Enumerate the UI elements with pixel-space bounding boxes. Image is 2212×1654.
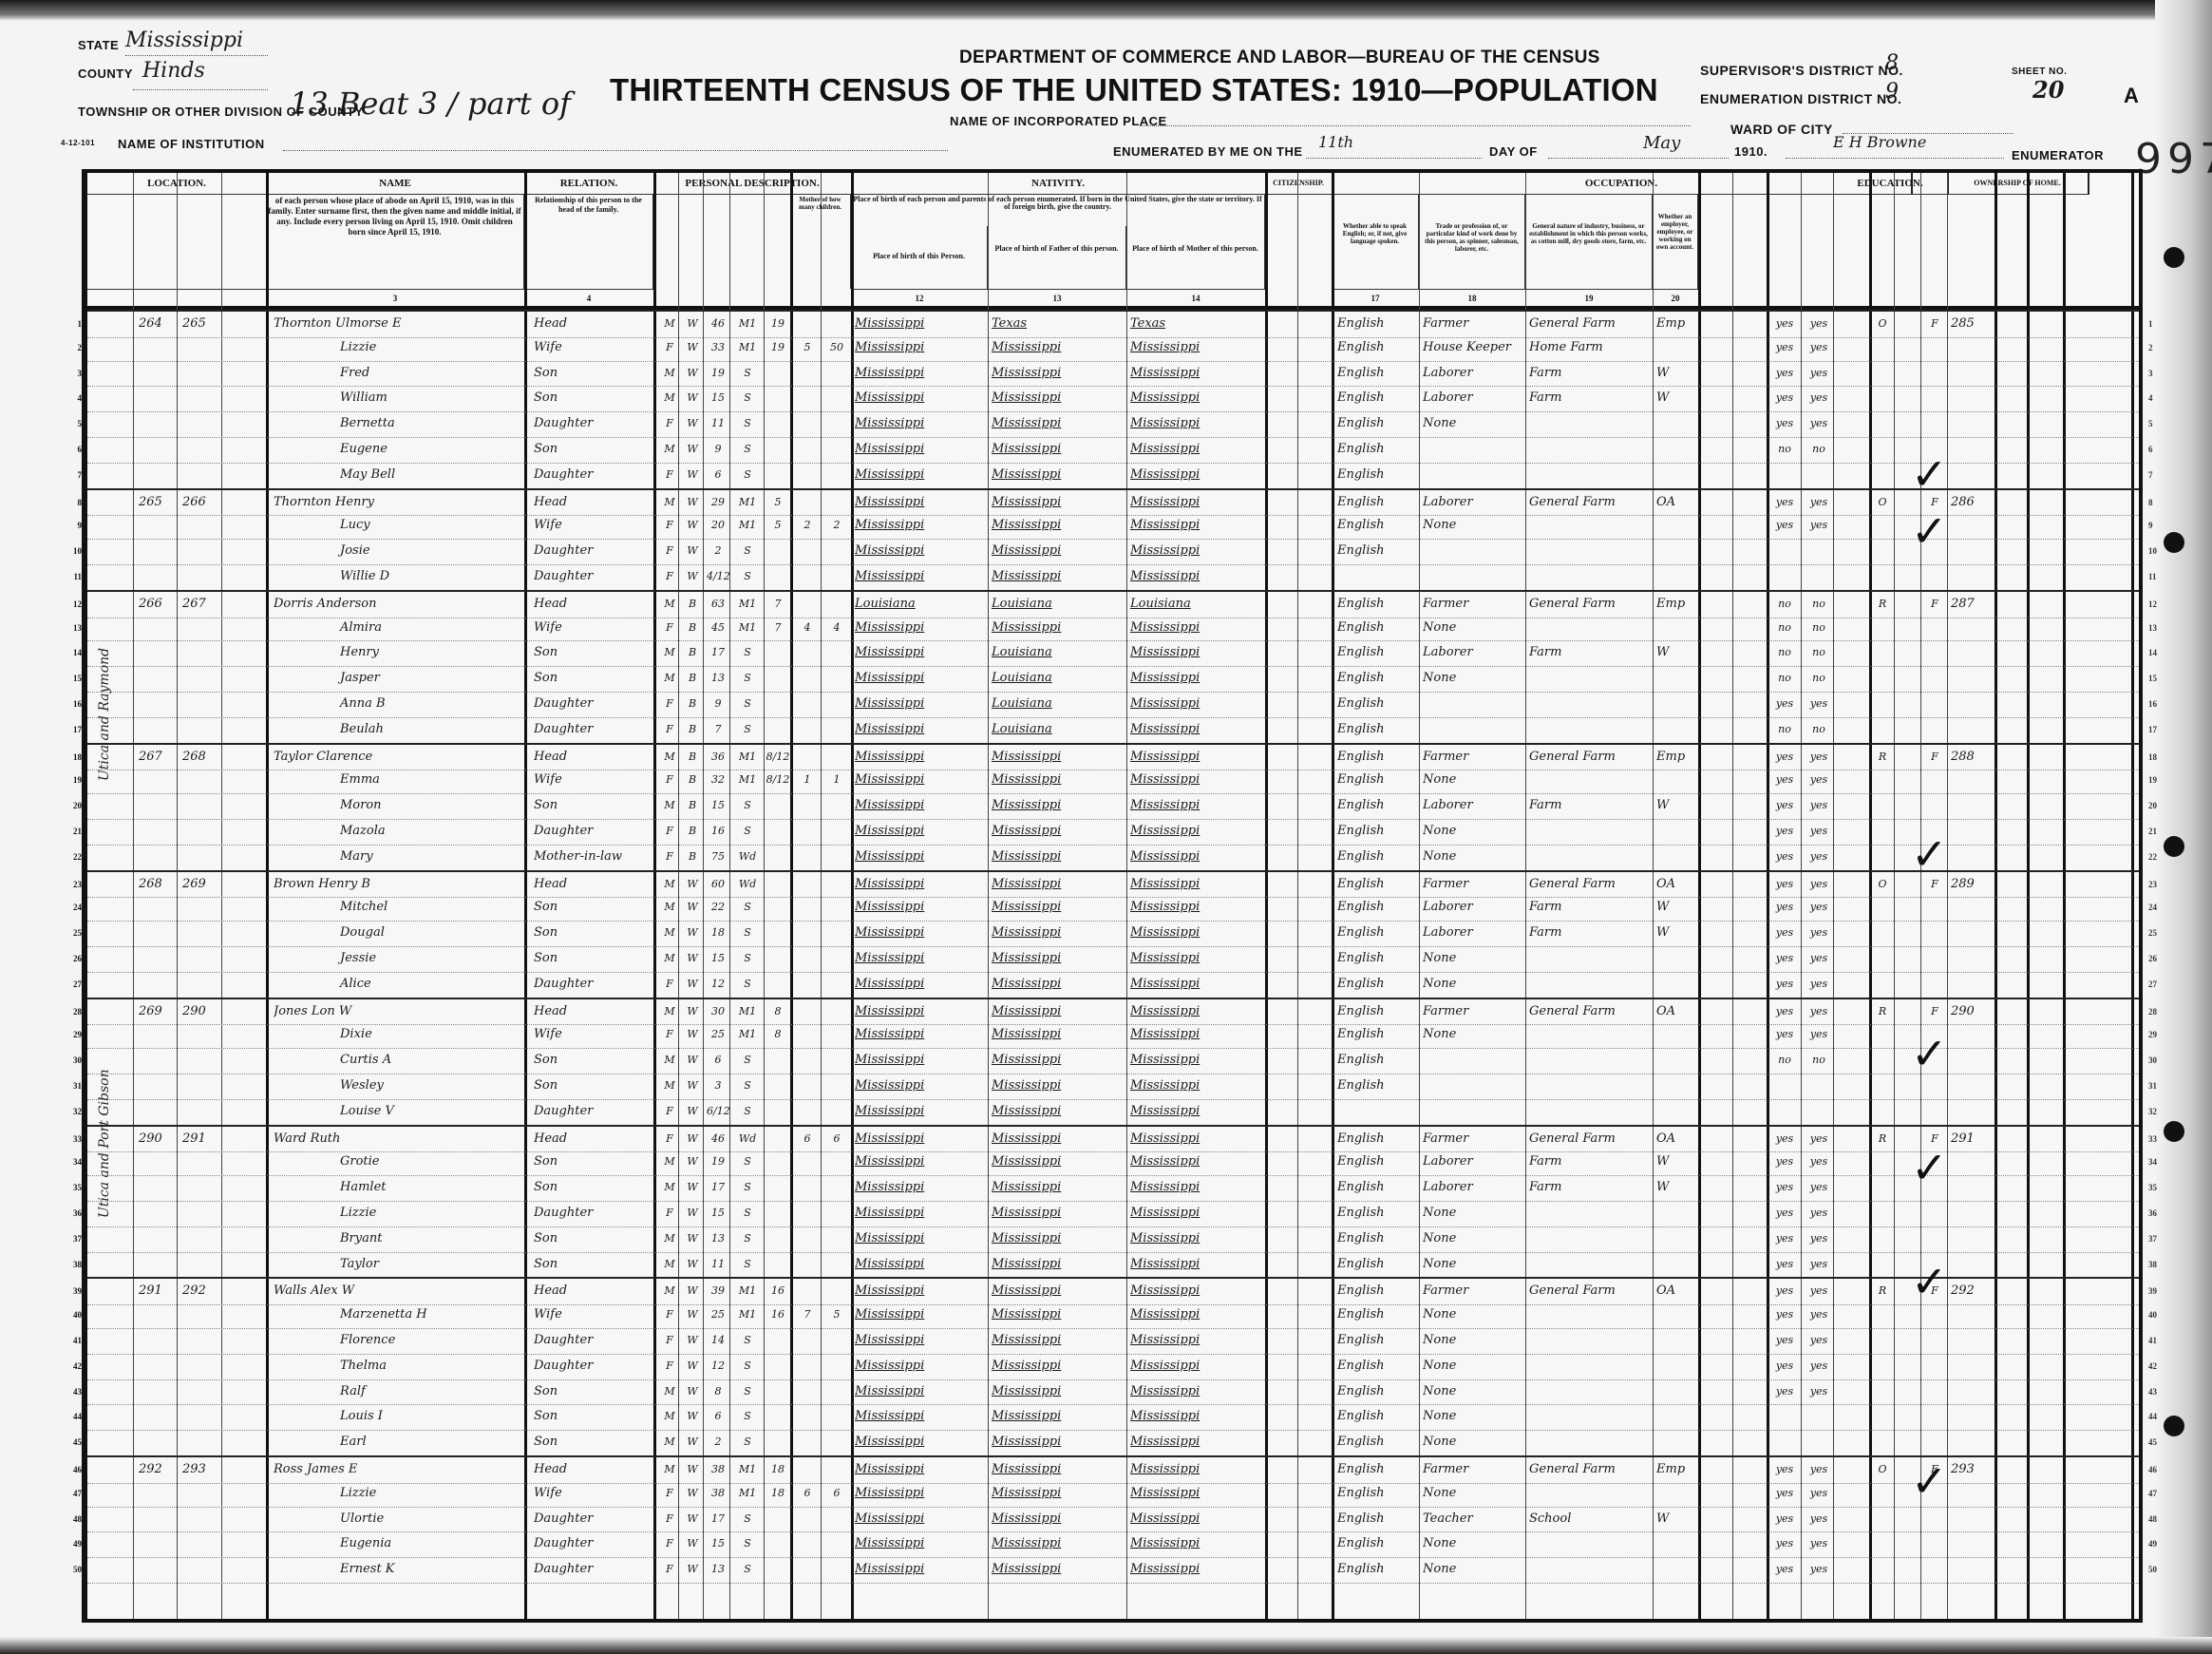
table-row: 2020MoronSonMB15SMississippiMississippiM… bbox=[87, 793, 2139, 820]
can-read bbox=[1770, 1099, 1799, 1125]
can-write: yes bbox=[1805, 999, 1833, 1025]
farm-or-house: F bbox=[1924, 745, 1945, 770]
table-row: 4646292293Ross James EHeadMW38M118Missis… bbox=[87, 1455, 2139, 1484]
english-speaking: English bbox=[1337, 793, 1417, 819]
farm-or-house: F bbox=[1924, 312, 1945, 337]
sex: F bbox=[661, 1531, 678, 1557]
family-number bbox=[182, 1430, 220, 1455]
line-number-right: 11 bbox=[2148, 564, 2167, 589]
person-name: Dorris Anderson bbox=[274, 592, 522, 618]
table-row: 3939291292Walls Alex WHeadMW39M116Missis… bbox=[87, 1277, 2139, 1305]
line-number-right: 21 bbox=[2148, 819, 2167, 844]
column-number-14: 14 bbox=[1126, 289, 1266, 307]
relation: Son bbox=[534, 1404, 652, 1430]
table-row: 2626JessieSonMW15SMississippiMississippi… bbox=[87, 946, 2139, 973]
group-nativity: NATIVITY. bbox=[851, 173, 1267, 195]
race: B bbox=[684, 845, 701, 870]
english-speaking: English bbox=[1337, 1252, 1417, 1278]
years-married bbox=[766, 793, 790, 819]
line-number: 18 bbox=[61, 745, 82, 770]
employer-status bbox=[1656, 768, 1696, 793]
day-field-line bbox=[1306, 158, 1482, 159]
family-number bbox=[182, 1379, 220, 1405]
race: W bbox=[684, 1328, 701, 1354]
can-read: no bbox=[1770, 717, 1799, 743]
father-birthplace: Louisiana bbox=[992, 640, 1125, 666]
table-row: 1919EmmaWifeFB32M18/1211MississippiMissi… bbox=[87, 768, 2139, 794]
can-write bbox=[1805, 1404, 1833, 1430]
check-mark: ✓ bbox=[1911, 1256, 1948, 1307]
age: 16 bbox=[707, 819, 729, 845]
children-living bbox=[824, 1557, 849, 1583]
employer-status: Emp bbox=[1656, 592, 1696, 618]
relation: Head bbox=[534, 872, 652, 898]
age: 13 bbox=[707, 666, 729, 692]
can-write bbox=[1805, 564, 1833, 590]
line-number: 39 bbox=[61, 1279, 82, 1303]
race: W bbox=[684, 1354, 701, 1379]
children-born bbox=[796, 1507, 819, 1532]
line-number: 17 bbox=[61, 717, 82, 742]
table-row: 3434GrotieSonMW19SMississippiMississippi… bbox=[87, 1150, 2139, 1176]
supervisor-district-label: SUPERVISOR'S DISTRICT NO. bbox=[1700, 63, 1903, 78]
years-married bbox=[766, 1175, 790, 1201]
english-speaking: English bbox=[1337, 1048, 1417, 1074]
owned-rented bbox=[1873, 335, 1892, 361]
mother-birthplace: Mississippi bbox=[1130, 513, 1263, 539]
enumerator-label: ENUMERATOR bbox=[2012, 148, 2104, 162]
birthplace: Mississippi bbox=[855, 513, 986, 539]
race: W bbox=[684, 386, 701, 411]
can-read: yes bbox=[1770, 1531, 1799, 1557]
can-read: yes bbox=[1770, 1022, 1799, 1048]
employer-status bbox=[1656, 1226, 1696, 1252]
check-mark: ✓ bbox=[1911, 1455, 1948, 1507]
line-number: 1 bbox=[61, 312, 82, 336]
column-number-1-2 bbox=[87, 289, 268, 307]
father-birthplace: Mississippi bbox=[992, 1150, 1125, 1175]
farm-schedule-number: 287 bbox=[1951, 592, 1993, 618]
children-born bbox=[796, 1457, 819, 1483]
dwelling-number bbox=[139, 1404, 177, 1430]
father-birthplace: Mississippi bbox=[992, 895, 1125, 921]
can-read: yes bbox=[1770, 335, 1799, 361]
can-write: yes bbox=[1805, 335, 1833, 361]
can-read: no bbox=[1770, 437, 1799, 463]
family-number bbox=[182, 946, 220, 972]
birthplace: Mississippi bbox=[855, 463, 986, 488]
children-living: 4 bbox=[824, 616, 849, 641]
years-married bbox=[766, 972, 790, 998]
industry: General Farm bbox=[1529, 1457, 1651, 1483]
employer-column-head: Whether an employer, employee, or workin… bbox=[1653, 194, 1698, 289]
birthplace: Mississippi bbox=[855, 999, 986, 1025]
employer-status bbox=[1656, 1481, 1696, 1507]
children-born bbox=[796, 361, 819, 387]
can-read bbox=[1770, 564, 1799, 590]
years-married bbox=[766, 1354, 790, 1379]
can-read bbox=[1770, 1074, 1799, 1099]
relation: Head bbox=[534, 1127, 652, 1152]
marital-status: S bbox=[733, 1074, 762, 1099]
sex: F bbox=[661, 845, 678, 870]
english-speaking: English bbox=[1337, 845, 1417, 870]
race: W bbox=[684, 1557, 701, 1583]
children-living bbox=[824, 1074, 849, 1099]
marital-status: S bbox=[733, 1531, 762, 1557]
english-speaking bbox=[1337, 564, 1417, 590]
group-citizenship: CITIZENSHIP. bbox=[1265, 173, 1333, 195]
relation: Daughter bbox=[534, 1557, 652, 1583]
county-label: COUNTY bbox=[78, 67, 133, 81]
can-read: yes bbox=[1770, 1175, 1799, 1201]
race: W bbox=[684, 1201, 701, 1226]
table-row: 2121MazolaDaughterFB16SMississippiMissis… bbox=[87, 819, 2139, 846]
line-number: 31 bbox=[61, 1074, 82, 1098]
employer-status bbox=[1656, 1074, 1696, 1099]
age: 46 bbox=[707, 312, 729, 337]
trade: None bbox=[1423, 845, 1523, 870]
farm-schedule-number bbox=[1951, 1430, 1993, 1455]
birthplace: Mississippi bbox=[855, 1252, 986, 1278]
dwelling-number bbox=[139, 1302, 177, 1328]
family-number: 266 bbox=[182, 490, 220, 516]
line-number: 38 bbox=[61, 1252, 82, 1277]
form-code: 4-12-101 bbox=[61, 139, 95, 147]
family-number: 293 bbox=[182, 1457, 220, 1483]
age: 60 bbox=[707, 872, 729, 898]
trade: None bbox=[1423, 666, 1523, 692]
race: W bbox=[684, 564, 701, 590]
trade: Laborer bbox=[1423, 361, 1523, 387]
mother-birthplace: Mississippi bbox=[1130, 1022, 1263, 1048]
farm-or-house bbox=[1924, 768, 1945, 793]
employer-status bbox=[1656, 946, 1696, 972]
mother-birthplace: Mississippi bbox=[1130, 490, 1263, 516]
employer-status: OA bbox=[1656, 872, 1696, 898]
owned-rented bbox=[1873, 1302, 1892, 1328]
incorporated-place-label: NAME OF INCORPORATED PLACE bbox=[950, 114, 1167, 128]
can-write: yes bbox=[1805, 1175, 1833, 1201]
line-number: 32 bbox=[61, 1099, 82, 1124]
dwelling-number bbox=[139, 616, 177, 641]
sex: F bbox=[661, 513, 678, 539]
table-row: 2323268269Brown Henry BHeadMW60WdMississ… bbox=[87, 870, 2139, 899]
can-write: no bbox=[1805, 1048, 1833, 1074]
age: 19 bbox=[707, 361, 729, 387]
age: 18 bbox=[707, 921, 729, 946]
race: W bbox=[684, 946, 701, 972]
line-number: 29 bbox=[61, 1022, 82, 1047]
marital-status: S bbox=[733, 437, 762, 463]
father-birthplace: Mississippi bbox=[992, 513, 1125, 539]
enumerated-day: 11th bbox=[1318, 133, 1353, 151]
family-number bbox=[182, 1252, 220, 1278]
children-born bbox=[796, 1279, 819, 1304]
age: 75 bbox=[707, 845, 729, 870]
owned-rented bbox=[1873, 411, 1892, 437]
marital-status: M1 bbox=[733, 1481, 762, 1507]
can-write: no bbox=[1805, 592, 1833, 618]
mother-birthplace: Louisiana bbox=[1130, 592, 1263, 618]
years-married bbox=[766, 1430, 790, 1455]
marital-status: S bbox=[733, 1201, 762, 1226]
employer-status bbox=[1656, 1404, 1696, 1430]
race: W bbox=[684, 1531, 701, 1557]
children-born bbox=[796, 1557, 819, 1583]
sex: M bbox=[661, 1048, 678, 1074]
children-living bbox=[824, 437, 849, 463]
dwelling-number: 292 bbox=[139, 1457, 177, 1483]
family-number bbox=[182, 692, 220, 717]
children-born bbox=[796, 972, 819, 998]
dwelling-number bbox=[139, 1354, 177, 1379]
relation: Daughter bbox=[534, 539, 652, 564]
trade: Farmer bbox=[1423, 312, 1523, 337]
father-birthplace: Mississippi bbox=[992, 1022, 1125, 1048]
table-row: 4141FlorenceDaughterFW14SMississippiMiss… bbox=[87, 1328, 2139, 1355]
farm-or-house bbox=[1924, 335, 1945, 361]
owned-rented: O bbox=[1873, 312, 1892, 337]
children-living bbox=[824, 312, 849, 337]
table-row: 4545EarlSonMW2SMississippiMississippiMis… bbox=[87, 1430, 2139, 1456]
farm-schedule-number bbox=[1951, 1175, 1993, 1201]
family-number bbox=[182, 768, 220, 793]
sex: M bbox=[661, 1074, 678, 1099]
can-read: yes bbox=[1770, 1150, 1799, 1175]
english-speaking: English bbox=[1337, 692, 1417, 717]
family-number bbox=[182, 1481, 220, 1507]
dwelling-number bbox=[139, 1531, 177, 1557]
line-number-right: 27 bbox=[2148, 972, 2167, 997]
line-number: 22 bbox=[61, 845, 82, 869]
marital-status: S bbox=[733, 1328, 762, 1354]
age: 38 bbox=[707, 1481, 729, 1507]
sex: M bbox=[661, 1279, 678, 1304]
children-living bbox=[824, 1328, 849, 1354]
age: 9 bbox=[707, 692, 729, 717]
father-birthplace: Mississippi bbox=[992, 768, 1125, 793]
race: W bbox=[684, 1226, 701, 1252]
line-number: 4 bbox=[61, 386, 82, 410]
years-married bbox=[766, 1099, 790, 1125]
employer-status bbox=[1656, 437, 1696, 463]
marital-status: S bbox=[733, 666, 762, 692]
column-number-17: 17 bbox=[1332, 289, 1420, 307]
children-living bbox=[824, 1507, 849, 1532]
marital-status: S bbox=[733, 411, 762, 437]
dwelling-number bbox=[139, 1507, 177, 1532]
family-number: 267 bbox=[182, 592, 220, 618]
children-living bbox=[824, 872, 849, 898]
can-write bbox=[1805, 1430, 1833, 1455]
father-birthplace: Louisiana bbox=[992, 692, 1125, 717]
owned-rented bbox=[1873, 1430, 1892, 1455]
enumeration-district-label: ENUMERATION DISTRICT NO. bbox=[1700, 91, 1901, 106]
line-number-right: 16 bbox=[2148, 692, 2167, 716]
english-speaking: English bbox=[1337, 745, 1417, 770]
industry bbox=[1529, 972, 1651, 998]
farm-or-house bbox=[1924, 1099, 1945, 1125]
check-mark: ✓ bbox=[1911, 1028, 1948, 1079]
can-write bbox=[1805, 1074, 1833, 1099]
family-number bbox=[182, 793, 220, 819]
race: W bbox=[684, 999, 701, 1025]
sex: M bbox=[661, 745, 678, 770]
english-speaking: English bbox=[1337, 1507, 1417, 1532]
farm-schedule-number bbox=[1951, 1507, 1993, 1532]
age: 17 bbox=[707, 1507, 729, 1532]
race: W bbox=[684, 463, 701, 488]
can-read: no bbox=[1770, 1048, 1799, 1074]
age: 6 bbox=[707, 1404, 729, 1430]
birthplace: Mississippi bbox=[855, 411, 986, 437]
father-birthplace: Mississippi bbox=[992, 1354, 1125, 1379]
can-write: yes bbox=[1805, 768, 1833, 793]
mother-birthplace: Mississippi bbox=[1130, 1354, 1263, 1379]
line-number-right: 45 bbox=[2148, 1430, 2167, 1454]
industry bbox=[1529, 1404, 1651, 1430]
age: 2 bbox=[707, 539, 729, 564]
column-number-12: 12 bbox=[851, 289, 989, 307]
father-birthplace: Mississippi bbox=[992, 490, 1125, 516]
children-born bbox=[796, 1531, 819, 1557]
sheet-suffix: A bbox=[2124, 84, 2139, 108]
father-birthplace: Mississippi bbox=[992, 539, 1125, 564]
marital-status: S bbox=[733, 361, 762, 387]
farm-schedule-number bbox=[1951, 1354, 1993, 1379]
line-number-right: 30 bbox=[2148, 1048, 2167, 1073]
marital-status: S bbox=[733, 1404, 762, 1430]
children-living bbox=[824, 745, 849, 770]
age: 63 bbox=[707, 592, 729, 618]
sex: F bbox=[661, 1022, 678, 1048]
owned-rented bbox=[1873, 463, 1892, 488]
farm-schedule-number bbox=[1951, 564, 1993, 590]
mother-birthplace: Mississippi bbox=[1130, 1279, 1263, 1304]
birthplace: Mississippi bbox=[855, 1048, 986, 1074]
can-read: yes bbox=[1770, 845, 1799, 870]
mother-birthplace: Mississippi bbox=[1130, 1201, 1263, 1226]
table-row: 88265266Thornton HenryHeadMW29M15Mississ… bbox=[87, 488, 2139, 517]
can-write: yes bbox=[1805, 895, 1833, 921]
children-born bbox=[796, 437, 819, 463]
sex: M bbox=[661, 895, 678, 921]
marital-status: S bbox=[733, 1354, 762, 1379]
birthplace: Mississippi bbox=[855, 793, 986, 819]
marital-status: M1 bbox=[733, 1022, 762, 1048]
age: 25 bbox=[707, 1302, 729, 1328]
owned-rented bbox=[1873, 616, 1892, 641]
can-write: yes bbox=[1805, 972, 1833, 998]
race: W bbox=[684, 1150, 701, 1175]
race: W bbox=[684, 1379, 701, 1405]
trade bbox=[1423, 564, 1523, 590]
line-number: 6 bbox=[61, 437, 82, 462]
table-row: 1717BeulahDaughterFB7SMississippiLouisia… bbox=[87, 717, 2139, 744]
industry bbox=[1529, 1302, 1651, 1328]
farm-or-house bbox=[1924, 895, 1945, 921]
owned-rented: R bbox=[1873, 999, 1892, 1025]
farm-schedule-number bbox=[1951, 1302, 1993, 1328]
children-born bbox=[796, 946, 819, 972]
trade: Laborer bbox=[1423, 386, 1523, 411]
table-row: 3838TaylorSonMW11SMississippiMississippi… bbox=[87, 1252, 2139, 1279]
race: W bbox=[684, 411, 701, 437]
employer-status bbox=[1656, 717, 1696, 743]
children-born bbox=[796, 1048, 819, 1074]
farm-schedule-number bbox=[1951, 1404, 1993, 1430]
children-living bbox=[824, 1226, 849, 1252]
dwelling-number: 269 bbox=[139, 999, 177, 1025]
marital-status: S bbox=[733, 921, 762, 946]
line-number-right: 25 bbox=[2148, 921, 2167, 945]
sex: F bbox=[661, 768, 678, 793]
english-speaking: English bbox=[1337, 768, 1417, 793]
trade: Farmer bbox=[1423, 592, 1523, 618]
trade: Farmer bbox=[1423, 1457, 1523, 1483]
english-speaking: English bbox=[1337, 411, 1417, 437]
line-number-right: 3 bbox=[2148, 361, 2167, 386]
trade bbox=[1423, 1099, 1523, 1125]
employer-status: W bbox=[1656, 921, 1696, 946]
age: 19 bbox=[707, 1150, 729, 1175]
dwelling-number bbox=[139, 717, 177, 743]
line-number-right: 2 bbox=[2148, 335, 2167, 360]
line-number: 27 bbox=[61, 972, 82, 997]
owned-rented bbox=[1873, 640, 1892, 666]
family-number: 291 bbox=[182, 1127, 220, 1152]
industry: General Farm bbox=[1529, 312, 1651, 337]
line-number: 46 bbox=[61, 1457, 82, 1482]
relation: Son bbox=[534, 793, 652, 819]
children-born bbox=[796, 895, 819, 921]
can-write: yes bbox=[1805, 793, 1833, 819]
trade: Laborer bbox=[1423, 640, 1523, 666]
children-living: 50 bbox=[824, 335, 849, 361]
scan-top-edge bbox=[0, 0, 2212, 21]
mother-birthplace: Mississippi bbox=[1130, 437, 1263, 463]
english-speaking: English bbox=[1337, 1226, 1417, 1252]
can-read bbox=[1770, 463, 1799, 488]
farm-schedule-number bbox=[1951, 717, 1993, 743]
relation: Mother-in-law bbox=[534, 845, 652, 870]
incorporated-field-line bbox=[1140, 125, 1691, 126]
family-number bbox=[182, 666, 220, 692]
sheet-value: 20 bbox=[2032, 76, 2064, 104]
owned-rented bbox=[1873, 1507, 1892, 1532]
birthplace: Mississippi bbox=[855, 1531, 986, 1557]
can-write: no bbox=[1805, 640, 1833, 666]
farm-schedule-number: 293 bbox=[1951, 1457, 1993, 1483]
father-birthplace: Mississippi bbox=[992, 411, 1125, 437]
relation: Son bbox=[534, 666, 652, 692]
family-number bbox=[182, 921, 220, 946]
birthplace: Mississippi bbox=[855, 666, 986, 692]
relation: Wife bbox=[534, 1302, 652, 1328]
table-row: 4949EugeniaDaughterFW15SMississippiMissi… bbox=[87, 1531, 2139, 1558]
industry: Farm bbox=[1529, 895, 1651, 921]
birthplace: Mississippi bbox=[855, 1279, 986, 1304]
family-number bbox=[182, 895, 220, 921]
children-born bbox=[796, 1201, 819, 1226]
owned-rented: R bbox=[1873, 1279, 1892, 1304]
mother-birthplace: Mississippi bbox=[1130, 640, 1263, 666]
race: W bbox=[684, 437, 701, 463]
english-speaking: English bbox=[1337, 437, 1417, 463]
age: 13 bbox=[707, 1226, 729, 1252]
table-row: 1414HenrySonMB17SMississippiLouisianaMis… bbox=[87, 640, 2139, 667]
